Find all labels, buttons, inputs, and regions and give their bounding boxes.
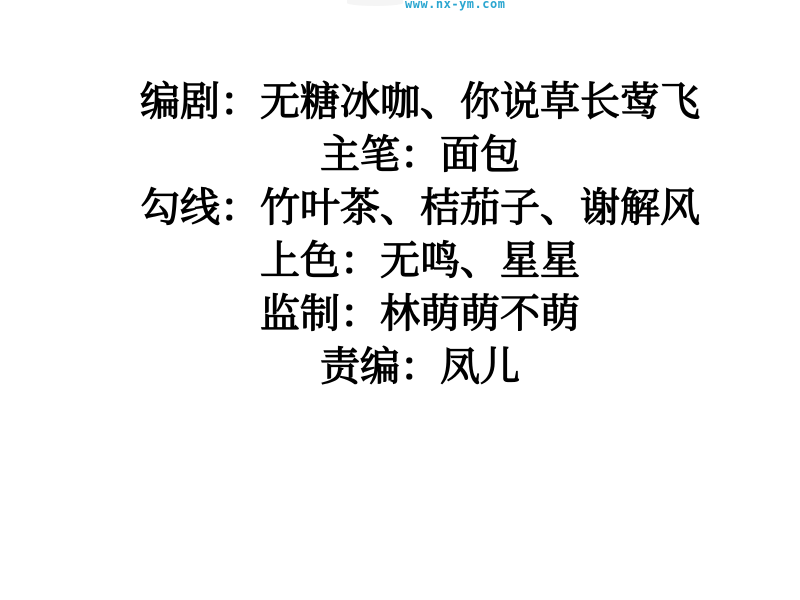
credit-line-supervisor: 监制：林萌萌不萌 (20, 288, 800, 341)
credit-line-coloring: 上色：无鸣、星星 (20, 235, 800, 288)
credit-line-line-art: 勾线：竹叶茶、桔茄子、谢解风 (20, 182, 800, 235)
watermark-url: www.nx-ym.com (405, 0, 505, 11)
credit-line-lead-artist: 主笔：面包 (20, 129, 800, 182)
credits-block: 编剧：无糖冰咖、你说草长莺飞 主笔：面包 勾线：竹叶茶、桔茄子、谢解风 上色：无… (20, 76, 800, 394)
faint-smudge-artifact (347, 0, 403, 6)
credit-line-screenwriter: 编剧：无糖冰咖、你说草长莺飞 (20, 76, 800, 129)
comic-credits-page: www.nx-ym.com 编剧：无糖冰咖、你说草长莺飞 主笔：面包 勾线：竹叶… (0, 0, 800, 600)
credit-line-editor: 责编：凤儿 (20, 341, 800, 394)
